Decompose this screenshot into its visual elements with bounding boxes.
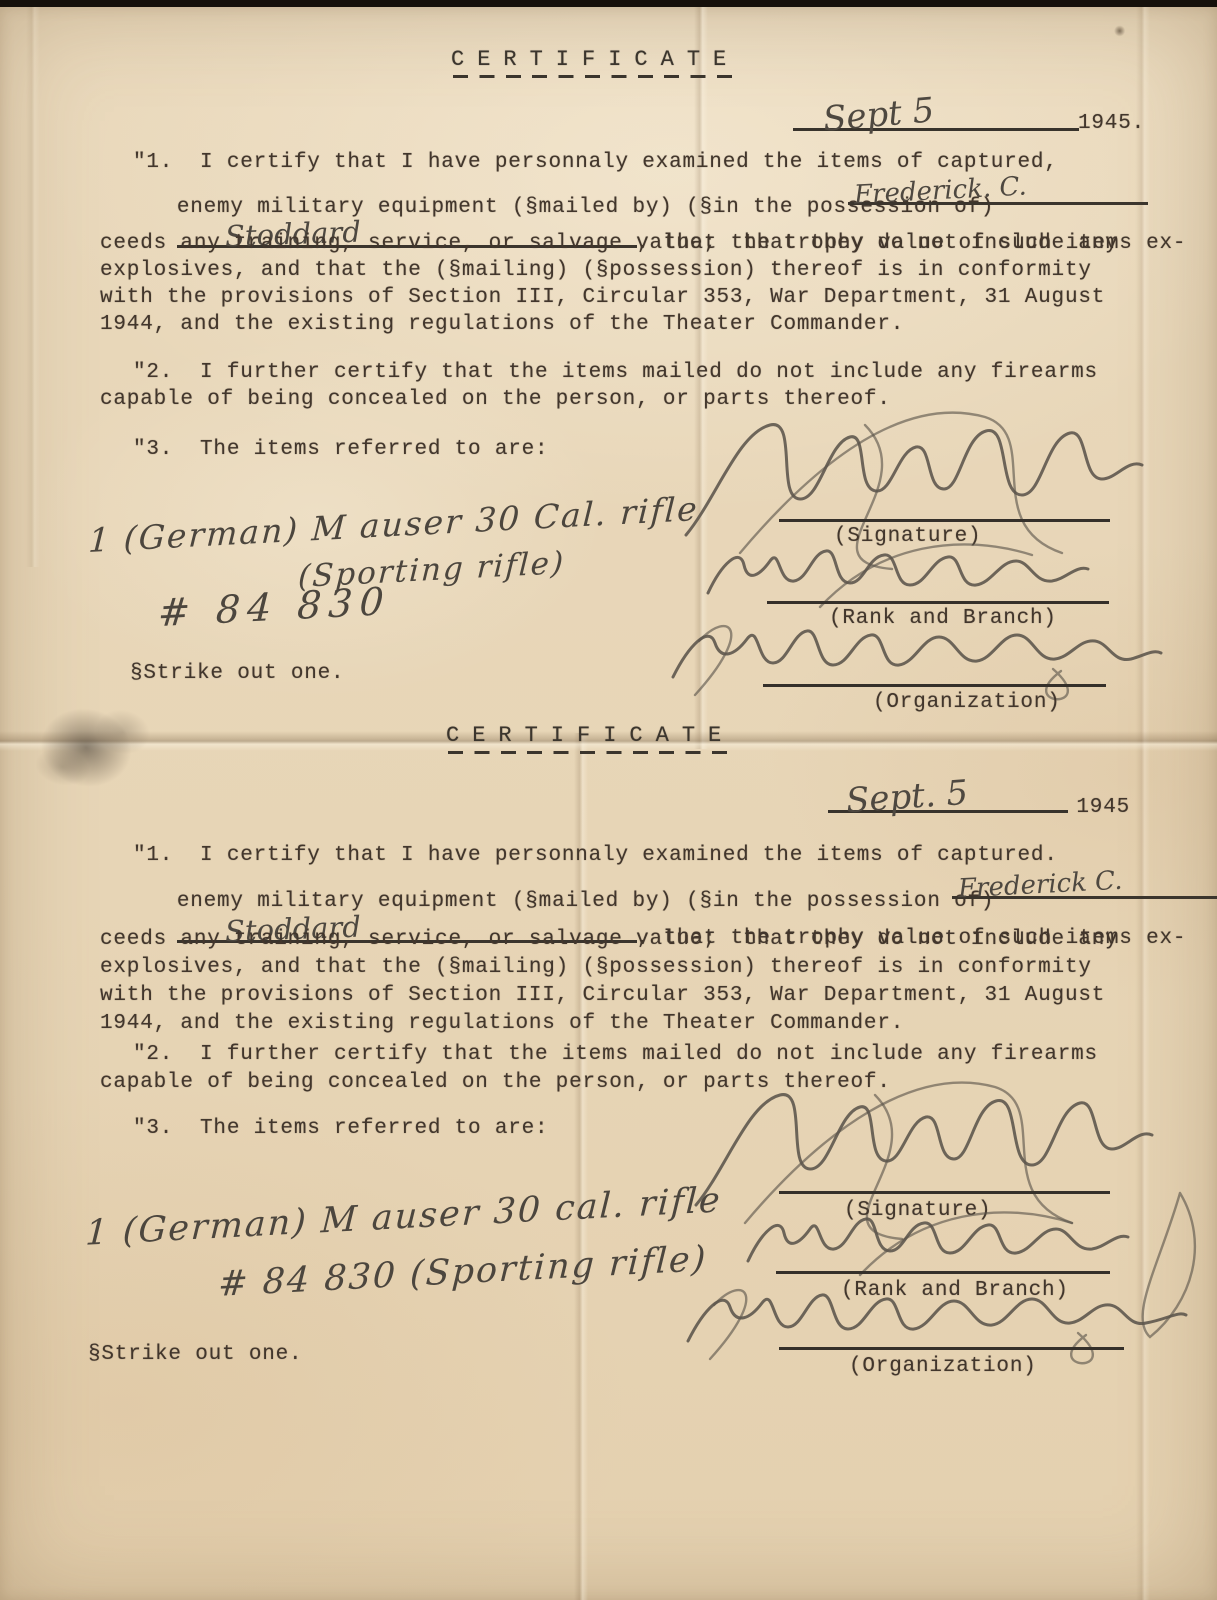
paragraph-3: "3. The items referred to are: xyxy=(100,438,548,461)
rank-stroke xyxy=(748,1219,1128,1261)
strike-out-note: §Strike out one. xyxy=(88,1343,302,1366)
paragraph-1-line-4: ceeds any training, service, or salvage … xyxy=(100,232,1132,259)
paragraph-2-line-2: capable of being concealed on the person… xyxy=(100,388,1132,415)
signature-underline xyxy=(779,519,1110,522)
certificate-page: CERTIFICATE Sept 5 1945. "1. I certify t… xyxy=(0,7,1217,1600)
paragraph-1-line-6: with the provisions of Section III, Circ… xyxy=(100,984,1136,1012)
paragraph-1-line-7: 1944, and the existing regulations of th… xyxy=(100,1012,1136,1040)
signature-label: (Signature) xyxy=(834,525,981,548)
paragraph-2: "2. I further certify that the items mai… xyxy=(100,1043,1136,1099)
paragraph-2-line-1: "2. I further certify that the items mai… xyxy=(100,1043,1136,1071)
rank-flourish xyxy=(820,544,1032,607)
paragraph-1-line-5: explosives, and that the (§mailing) (§po… xyxy=(100,956,1136,984)
signature-underline xyxy=(779,1191,1110,1194)
flourish-loop xyxy=(1143,1193,1195,1337)
rank-label: (Rank and Branch) xyxy=(829,607,1057,630)
paragraph-2-line-1: "2. I further certify that the items mai… xyxy=(100,361,1132,388)
vertical-fold-crease xyxy=(26,7,40,567)
paragraph-2-line-2: capable of being concealed on the person… xyxy=(100,1071,1136,1099)
rank-label: (Rank and Branch) xyxy=(841,1279,1069,1302)
paragraph-1-line-3: Stoddard, that the trophy value of such … xyxy=(100,205,1132,232)
paragraph-1-line-5: explosives, and that the (§mailing) (§po… xyxy=(100,259,1132,286)
organization-stroke xyxy=(673,631,1161,677)
paragraph-1-line-2: enemy military equipment (§mailed by) (§… xyxy=(100,178,1132,205)
paragraph-1-line-3: Stoddard, that the trophy value of such … xyxy=(100,900,1136,928)
rank-stroke xyxy=(708,551,1088,593)
paragraph-1-line-7: 1944, and the existing regulations of th… xyxy=(100,313,1132,340)
signature-label: (Signature) xyxy=(844,1199,991,1222)
paragraph-1-line-4: ceeds any training, service, or salvage … xyxy=(100,928,1136,956)
rank-underline xyxy=(776,1271,1110,1274)
handwritten-name-first-field: Frederick C. xyxy=(952,860,1217,899)
strike-out-note: §Strike out one. xyxy=(130,662,344,685)
ink-smudge xyxy=(19,683,168,812)
organization-underline xyxy=(763,684,1106,687)
handwritten-item-line-1: 1 (German) M auser 30 Cal. rifle xyxy=(87,489,699,560)
organization-flourish xyxy=(710,1290,746,1359)
signature-stroke xyxy=(696,1095,1152,1205)
handwriting-flourish xyxy=(1118,1185,1213,1350)
typed-year: 1945 xyxy=(1076,796,1130,819)
date-field: Sept. 5 1945 xyxy=(828,757,1130,813)
date-field: Sept 5 1945. xyxy=(793,77,1145,131)
organization-label: (Organization) xyxy=(873,691,1061,714)
handwritten-name-first-field: Frederick. C. xyxy=(848,166,1148,205)
paragraph-2: "2. I further certify that the items mai… xyxy=(100,361,1132,415)
paragraph-1-line-2: enemy military equipment (§mailed by) (§… xyxy=(100,872,1136,900)
organization-label: (Organization) xyxy=(849,1355,1037,1378)
paragraph-1: "1. I certify that I have personnaly exa… xyxy=(100,844,1136,1040)
organization-underline xyxy=(779,1347,1124,1350)
handwritten-date: Sept. 5 xyxy=(845,773,970,821)
handwritten-serial-number: # 84 830 xyxy=(157,579,392,635)
typed-year: 1945. xyxy=(1078,112,1145,135)
handwritten-item-line-2: # 84 830 (Sporting rifle) xyxy=(217,1239,708,1305)
handwritten-name-first: Frederick C. xyxy=(957,866,1123,905)
paragraph-1-line-6: with the provisions of Section III, Circ… xyxy=(100,286,1132,313)
certificate-title: CERTIFICATE xyxy=(446,723,734,754)
rank-underline xyxy=(767,601,1109,604)
certificate-title: CERTIFICATE xyxy=(451,47,739,78)
paragraph-3: "3. The items referred to are: xyxy=(100,1117,548,1140)
handwritten-date: Sept 5 xyxy=(821,90,935,140)
paragraph-1: "1. I certify that I have personnaly exa… xyxy=(100,151,1132,340)
